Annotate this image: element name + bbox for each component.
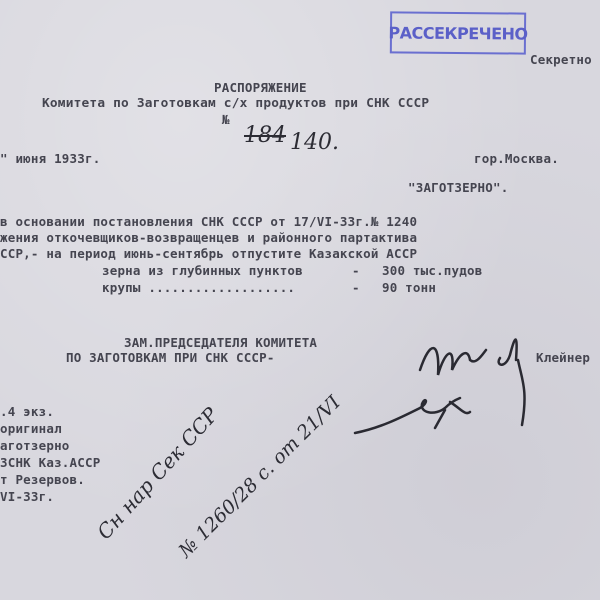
- item-groats-amount: 90 тонн: [382, 280, 436, 295]
- document-city: гор.Москва.: [474, 151, 559, 166]
- item-groats-separator: -: [352, 280, 360, 295]
- body-line-3: ССР,- на период июнь-сентябрь отпустите …: [0, 246, 417, 261]
- distribution-line-4: ЗСНК Каз.АССР: [0, 455, 100, 470]
- distribution-line-1: .4 экз.: [0, 404, 54, 419]
- document-page: РАССЕКРЕЧЕНО Секретно РАСПОРЯЖЕНИЕ Комит…: [0, 0, 600, 600]
- document-title: РАСПОРЯЖЕНИЕ: [214, 80, 307, 95]
- handwritten-number: 140.: [290, 130, 339, 155]
- distribution-line-2: оригинал: [0, 421, 62, 436]
- distribution-line-3: аготзерно: [0, 438, 70, 453]
- body-line-2: жения откочевщиков-возвращенцев и районн…: [0, 230, 417, 245]
- initials-scribble: [350, 388, 480, 438]
- classification-label: Секретно: [530, 52, 592, 67]
- signature-title-1: ЗАМ.ПРЕДСЕДАТЕЛЯ КОМИТЕТА: [124, 335, 317, 350]
- document-subtitle: Комитета по Заготовкам с/х продуктов при…: [42, 96, 429, 111]
- item-grain-name: зерна из глубинных пунктов: [102, 263, 303, 278]
- item-grain-amount: 300 тыс.пудов: [382, 263, 482, 278]
- signature-title-2: ПО ЗАГОТОВКАМ ПРИ СНК СССР-: [66, 350, 275, 365]
- distribution-line-6: VI-33г.: [0, 489, 54, 504]
- document-date: " июня 1933г.: [0, 151, 100, 166]
- body-line-1: в основании постановления СНК СССР от 17…: [0, 214, 417, 229]
- distribution-line-5: т Резервов.: [0, 472, 85, 487]
- addressee: "ЗАГОТЗЕРНО".: [408, 180, 508, 195]
- item-groats-name: крупы ...................: [102, 280, 295, 295]
- struck-number: 184: [244, 123, 286, 148]
- declassified-stamp: РАССЕКРЕЧЕНО: [390, 11, 526, 54]
- number-prefix: №: [222, 112, 230, 127]
- item-grain-separator: -: [352, 263, 360, 278]
